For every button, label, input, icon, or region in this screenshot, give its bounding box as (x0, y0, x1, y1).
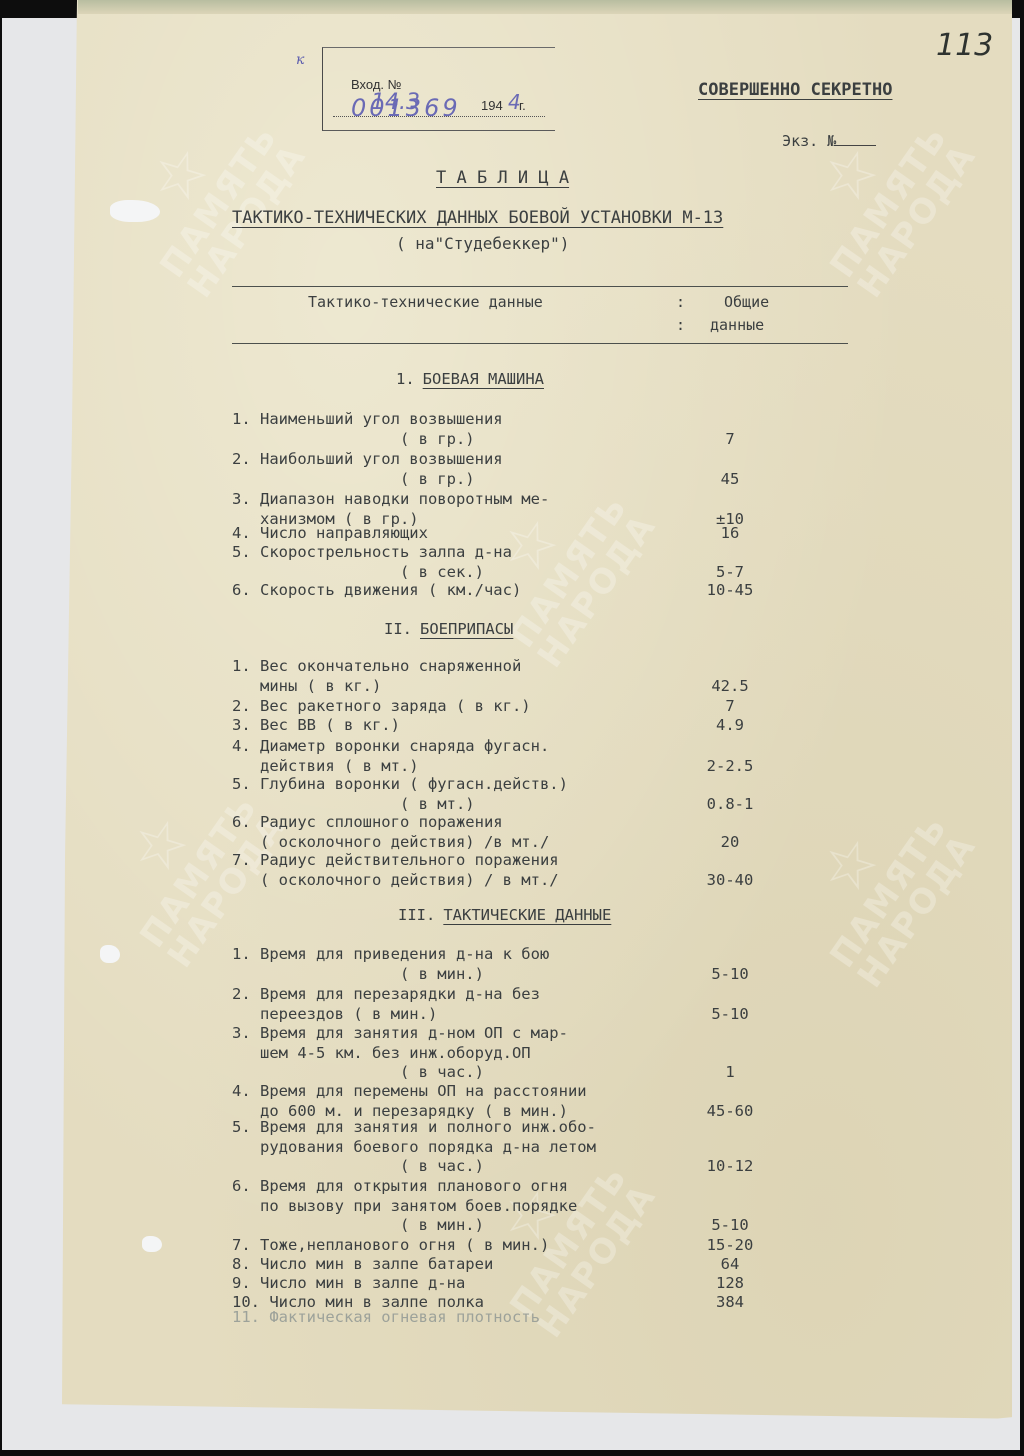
spec-value: 5-10 (670, 1216, 790, 1236)
spec-value: 0.8-1 (670, 795, 790, 815)
header-rule-top (232, 286, 848, 287)
spec-value: 64 (670, 1255, 790, 1275)
copy-number-field: Экз. № (764, 114, 876, 150)
header-col-values: Общие (724, 293, 769, 311)
spec-label: 5. Время для занятия и полного инж.обо- … (232, 1118, 692, 1177)
spec-label: 3. Вес ВВ ( в кг.) (232, 716, 692, 736)
spec-value: 42.5 (670, 677, 790, 697)
spec-value: 7 (670, 430, 790, 450)
spec-label: 9. Число мин в залпе д-на (232, 1274, 692, 1294)
section-number: II. (384, 620, 412, 638)
spec-value: 10-12 (670, 1157, 790, 1177)
stamp-prefix: к (296, 52, 304, 68)
header-col-params: Тактико-технические данные (308, 293, 543, 311)
spec-label: 6. Время для открытия планового огня по … (232, 1177, 692, 1236)
spec-value: 5-10 (670, 965, 790, 985)
header-col-values: данные (710, 316, 764, 334)
spec-label: 5. Скорострельность залпа д-на ( в сек.) (232, 543, 692, 582)
section-number: 1. (396, 370, 415, 388)
header-rule-bottom (232, 343, 848, 344)
spec-label: 5. Глубина воронки ( фугасн.действ.) ( в… (232, 775, 692, 814)
spec-label: 6. Радиус сплошного поражения ( осколочн… (232, 813, 692, 852)
spec-label: 7. Радиус действительного поражения ( ос… (232, 851, 692, 890)
page-number: 113 (936, 28, 993, 63)
spec-value: 2-2.5 (670, 757, 790, 777)
stamp-year-unit: г. (519, 98, 526, 113)
copy-number-blank (836, 145, 876, 146)
spec-label: 3. Время для занятия д-ном ОП с мар- шем… (232, 1024, 692, 1083)
stamp-year-prefix: 194 (481, 98, 503, 113)
section-heading: 1.БОЕВАЯ МАШИНА (396, 370, 544, 388)
spec-value: 10-45 (670, 581, 790, 601)
spec-value: 20 (670, 833, 790, 853)
spec-label: 8. Число мин в залпе батареи (232, 1255, 692, 1275)
paper-hole (100, 945, 120, 963)
section-number: III. (398, 906, 435, 924)
spec-label: 4. Число направляющих (232, 524, 692, 544)
spec-value: 30-40 (670, 871, 790, 891)
spec-value: 4.9 (670, 716, 790, 736)
spec-label: 2. Вес ракетного заряда ( в кг.) (232, 697, 692, 717)
spec-value: 128 (670, 1274, 790, 1294)
spec-value: 7 (670, 697, 790, 717)
spec-label: 1. Наименьший угол возвышения ( в гр.) (232, 410, 692, 449)
faded-row: 11. Фактическая огневая плотность (232, 1308, 540, 1326)
section-title: ТАКТИЧЕСКИЕ ДАННЫЕ (443, 906, 611, 924)
spec-value: 1 (670, 1063, 790, 1083)
section-title: БОЕПРИПАСЫ (420, 620, 513, 638)
spec-label: 4. Время для перемены ОП на расстоянии д… (232, 1082, 692, 1121)
spec-value: 16 (670, 524, 790, 544)
section-heading: II.БОЕПРИПАСЫ (384, 620, 513, 638)
spec-label: 2. Время для перезарядки д-на без переез… (232, 985, 692, 1024)
spec-label: 1. Время для приведения д-на к бою ( в м… (232, 945, 692, 984)
spec-label: 4. Диаметр воронки снаряда фугасн. дейст… (232, 737, 692, 776)
document-subtitle: ТАКТИКО-ТЕХНИЧЕСКИХ ДАННЫХ БОЕВОЙ УСТАНО… (232, 208, 723, 228)
header-separator: : (676, 293, 685, 311)
vehicle-note: ( на"Студебеккер") (396, 234, 569, 253)
section-title: БОЕВАЯ МАШИНА (423, 370, 544, 388)
header-separator: : (676, 316, 685, 334)
paper-hole (142, 1236, 162, 1252)
sheet-top-edge (78, 0, 1012, 14)
spec-label: 6. Скорость движения ( км./час) (232, 581, 692, 601)
stamp-date: 14.3 (371, 90, 420, 115)
paper-hole (110, 200, 160, 222)
spec-value: 384 (670, 1293, 790, 1313)
section-heading: III.ТАКТИЧЕСКИЕ ДАННЫЕ (398, 906, 611, 924)
spec-label: 1. Вес окончательно снаряженной мины ( в… (232, 657, 692, 696)
stamp-date-line: 14.3 194 4 г. (333, 90, 545, 117)
document-title: Т А Б Л И Ц А (436, 168, 569, 188)
classification-mark: СОВЕРШЕННО СЕКРЕТНО (698, 80, 892, 100)
spec-value: 5-7 (670, 563, 790, 583)
registration-stamp: Вход. № 001369 14.3 194 4 г. (322, 47, 555, 131)
spec-value: 15-20 (670, 1236, 790, 1256)
spec-value: 45 (670, 470, 790, 490)
spec-label: 2. Наибольший угол возвышения ( в гр.) (232, 450, 692, 489)
spec-value: 5-10 (670, 1005, 790, 1025)
copy-label: Экз. № (782, 132, 836, 150)
spec-label: 7. Тоже,непланового огня ( в мин.) (232, 1236, 692, 1256)
